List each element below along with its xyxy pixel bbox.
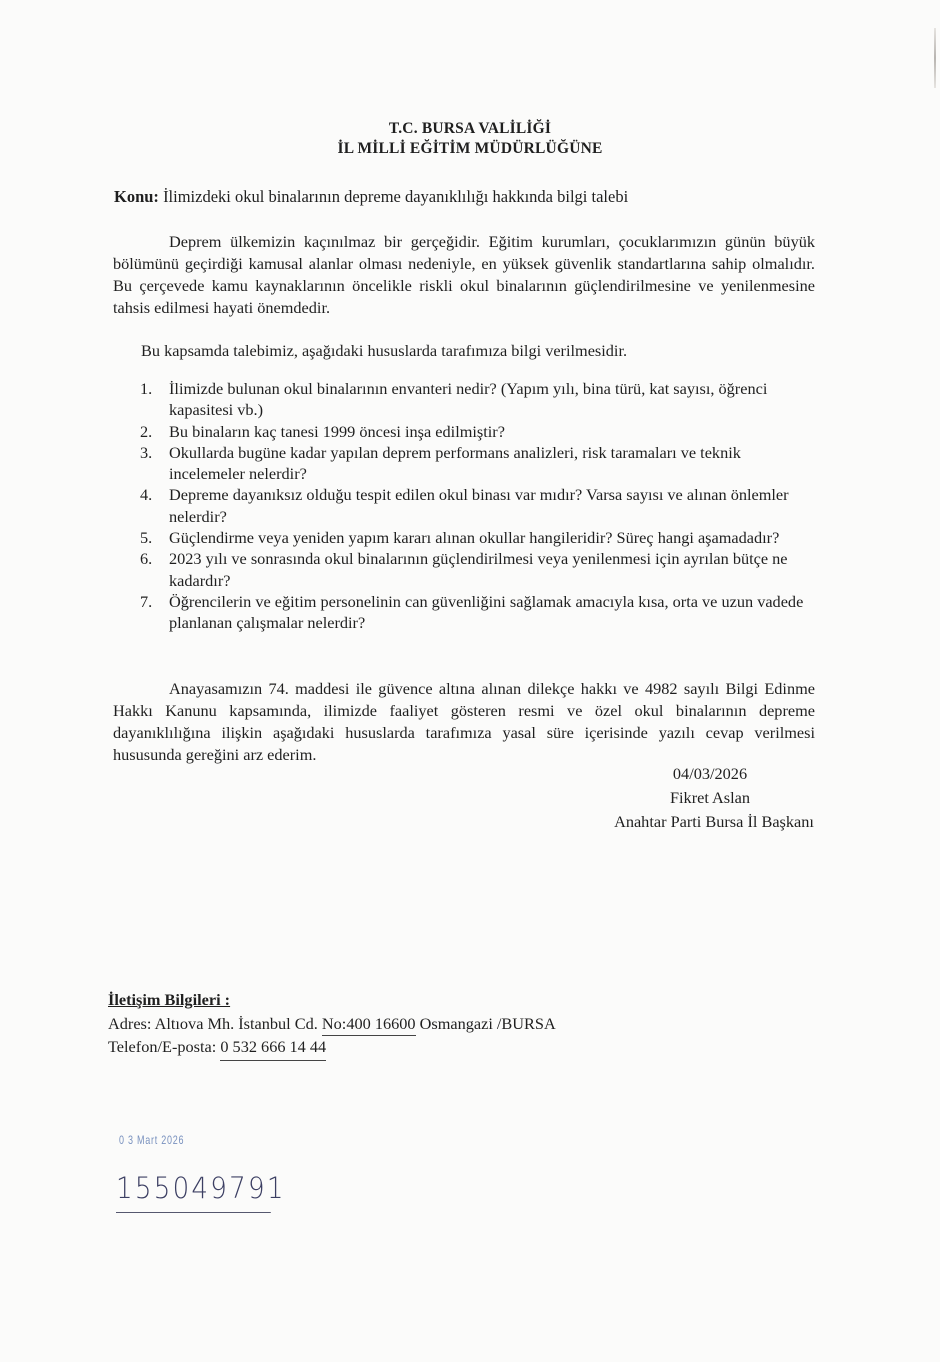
list-item: 5.Güçlendirme veya yeniden yapım kararı … <box>140 527 820 548</box>
subject-line: Konu: İlimizdeki okul binalarının deprem… <box>114 187 628 207</box>
page-edge-shadow <box>934 28 936 88</box>
signature-title: Anahtar Parti Bursa İl Başkanı <box>560 810 860 834</box>
header-line-2: İL MİLLİ EĞİTİM MÜDÜRLÜĞÜNE <box>0 139 940 159</box>
contact-heading: İletişim Bilgileri : <box>108 988 556 1012</box>
list-item: 3.Okullarda bugüne kadar yapılan deprem … <box>140 442 820 485</box>
list-item: 4.Depreme dayanıksız olduğu tespit edile… <box>140 484 820 527</box>
signature-date: 04/03/2026 <box>560 762 860 786</box>
contact-info: İletişim Bilgileri : Adres: Altıova Mh. … <box>108 988 556 1059</box>
subject-label: Konu: <box>114 187 159 206</box>
paragraph-request: Bu kapsamda talebimiz, aşağıdaki hususla… <box>113 340 815 362</box>
received-date-stamp: 0 3 Mart 2026 <box>119 1133 184 1147</box>
header-line-1: T.C. BURSA VALİLİĞİ <box>0 119 940 139</box>
address-number: No:400 16600 <box>322 1014 416 1036</box>
registration-number: 155049791 <box>116 1168 271 1213</box>
phone-number: 0 532 666 14 44 <box>220 1037 326 1061</box>
list-item: 7.Öğrencilerin ve eğitim personelinin ca… <box>140 591 820 634</box>
list-item: 2.Bu binaların kaç tanesi 1999 öncesi in… <box>140 421 820 442</box>
contact-phone: Telefon/E-posta: 0 532 666 14 44 <box>108 1035 556 1059</box>
signature-name: Fikret Aslan <box>560 786 860 810</box>
questions-list: 1.İlimizde bulunan okul binalarının enva… <box>140 378 820 634</box>
subject-text: İlimizdeki okul binalarının depreme daya… <box>159 187 628 206</box>
letter-header: T.C. BURSA VALİLİĞİ İL MİLLİ EĞİTİM MÜDÜ… <box>0 119 940 159</box>
paragraph-closing: Anayasamızın 74. maddesi ile güvence alt… <box>113 678 815 766</box>
paragraph-intro: Deprem ülkemizin kaçınılmaz bir gerçeğid… <box>113 231 815 319</box>
list-item: 6.2023 yılı ve sonrasında okul binaların… <box>140 548 820 591</box>
list-item: 1.İlimizde bulunan okul binalarının enva… <box>140 378 820 421</box>
signature-block: 04/03/2026 Fikret Aslan Anahtar Parti Bu… <box>560 762 860 834</box>
contact-address: Adres: Altıova Mh. İstanbul Cd. No:400 1… <box>108 1012 556 1036</box>
